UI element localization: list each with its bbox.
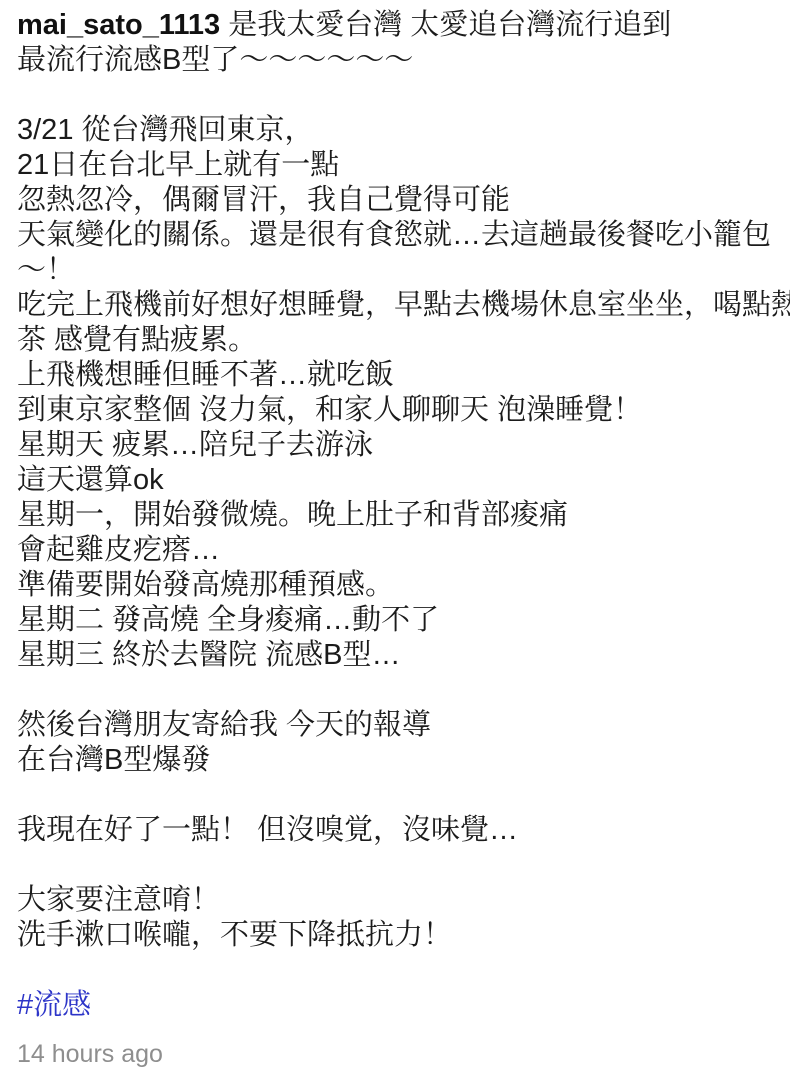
caption-line: 準備要開始發高燒那種預感。 <box>17 568 790 603</box>
username-link[interactable]: mai_sato_1113 <box>17 9 220 41</box>
post-timestamp: 14 hours ago <box>17 1039 790 1069</box>
caption-line: 星期天 疲累…陪兒子去游泳 <box>17 428 790 463</box>
caption-line: 忽熱忽冷，偶爾冒汗，我自己覺得可能 <box>17 183 790 218</box>
caption-line: 大家要注意唷！ <box>17 883 790 918</box>
caption-line <box>17 673 790 708</box>
caption-line: 到東京家整個 沒力氣，和家人聊聊天 泡澡睡覺！ <box>17 393 790 428</box>
caption-line <box>17 78 790 113</box>
caption-line: 21日在台北早上就有一點 <box>17 148 790 183</box>
caption-line: 洗手漱口喉嚨，不要下降抵抗力！ <box>17 918 790 953</box>
caption-first-line-text: 是我太愛台灣 太愛追台灣流行追到 <box>228 9 671 41</box>
caption-line: 上飛機想睡但睡不著…就吃飯 <box>17 358 790 393</box>
caption-line: 會起雞皮疙瘩… <box>17 533 790 568</box>
caption-line: 吃完上飛機前好想好想睡覺，早點去機場休息室坐坐，喝點熱 <box>17 288 790 323</box>
caption-line: 星期一，開始發微燒。晚上肚子和背部痠痛 <box>17 498 790 533</box>
caption-line: ～！ <box>17 253 790 288</box>
caption-first-line: mai_sato_1113 是我太愛台灣 太愛追台灣流行追到 <box>17 8 790 43</box>
caption-line: 3/21 從台灣飛回東京， <box>17 113 790 148</box>
hashtag-link[interactable]: #流感 <box>17 989 91 1021</box>
caption-body: 最流行流感B型了～～～～～～3/21 從台灣飛回東京，21日在台北早上就有一點忽… <box>17 43 790 953</box>
caption-line: 然後台灣朋友寄給我 今天的報導 <box>17 708 790 743</box>
caption-line: 天氣變化的關係。還是很有食慾就…去這趟最後餐吃小籠包 <box>17 218 790 253</box>
caption-line: 在台灣B型爆發 <box>17 743 790 778</box>
caption-line <box>17 778 790 813</box>
caption-line: 星期二 發高燒 全身痠痛…動不了 <box>17 603 790 638</box>
caption-line: 星期三 終於去醫院 流感B型… <box>17 638 790 673</box>
caption-line: 茶 感覺有點疲累。 <box>17 323 790 358</box>
post-caption-view: mai_sato_1113 是我太愛台灣 太愛追台灣流行追到 最流行流感B型了～… <box>0 0 800 1087</box>
caption-line: 我現在好了一點！ 但沒嗅覚，沒味覺… <box>17 813 790 848</box>
hashtag-row: #流感 <box>17 988 790 1023</box>
caption-line <box>17 848 790 883</box>
caption-line: 這天還算ok <box>17 463 790 498</box>
caption-line: 最流行流感B型了～～～～～～ <box>17 43 790 78</box>
